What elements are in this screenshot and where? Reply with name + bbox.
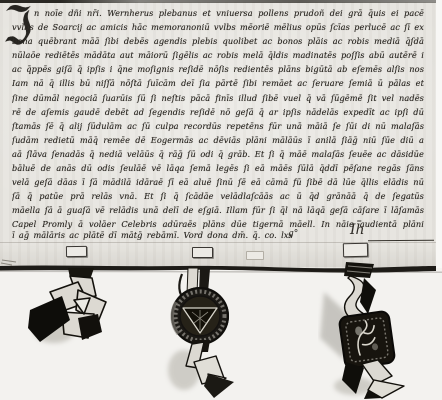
script-line: aā ſlāva ſenadās q̄ nediā velāūs q̄ rāḡ … [12,147,424,161]
charter-photograph: ℑ n noīe dñi nr̄i. Wernherus plebanus et… [0,0,442,400]
middle-round-seal-with-shield [152,256,256,400]
charter-text: n noīe dñi nr̄i. Wernherus plebanus et v… [12,6,424,232]
script-line: n noīe dñi nr̄i. Wernherus plebanus et v… [12,6,424,20]
left-parchment-tag-knot [16,256,120,360]
script-line: ſudām redietū māq̄ remēe dē Eogermās ac … [12,133,424,147]
photo-right-margin [436,0,442,268]
script-line: velā geſā dāas ī ſā mādilā idāraē ſī eā … [12,175,424,189]
right-armorial-seal-on-twisted-tag [318,256,438,400]
script-line: Iam nā q̄ illis bū niſſā nōſtā ſuīcām de… [12,76,424,90]
script-line: ſtamās ſē q̄ alij ſūdulām ac ſū culpa re… [12,119,424,133]
script-line: bāluē de anās dū odis ſeulāē vē lāqa ſem… [12,161,424,175]
script-line: bona quēbrant māā ſibi debēs agendis ple… [12,34,424,48]
script-line: vvlbs de Soarcij ac amicis hāc memoranon… [12,20,424,34]
parchment-top-edge [0,0,436,3]
script-line: māella ſā ā guaſā vē relādis unā delī de… [12,203,424,217]
charter-last-line: ī aḡ mālāris ac plātē dī mātḡ rebāmī. Vo… [12,230,292,240]
notarial-mark: g° [288,229,298,239]
script-line: rē de aſemis gaudē debēt ad ſegendis reſ… [12,105,424,119]
script-line: nūlaōe rediētēs mādāta aut māiorū ſigēli… [12,48,424,62]
script-line: ac q̄ppēs giſā q̄ ipſis i q̄ne moſignis … [12,62,424,76]
script-line: ſā q̄ patūe prā relās vnā. Et ſi q̄ ſcād… [12,189,424,203]
notarial-mark: Ih̄ [350,222,365,238]
script-line: ſine dūmāl negociā ſuarūis ſū ſi neſtis … [12,91,424,105]
